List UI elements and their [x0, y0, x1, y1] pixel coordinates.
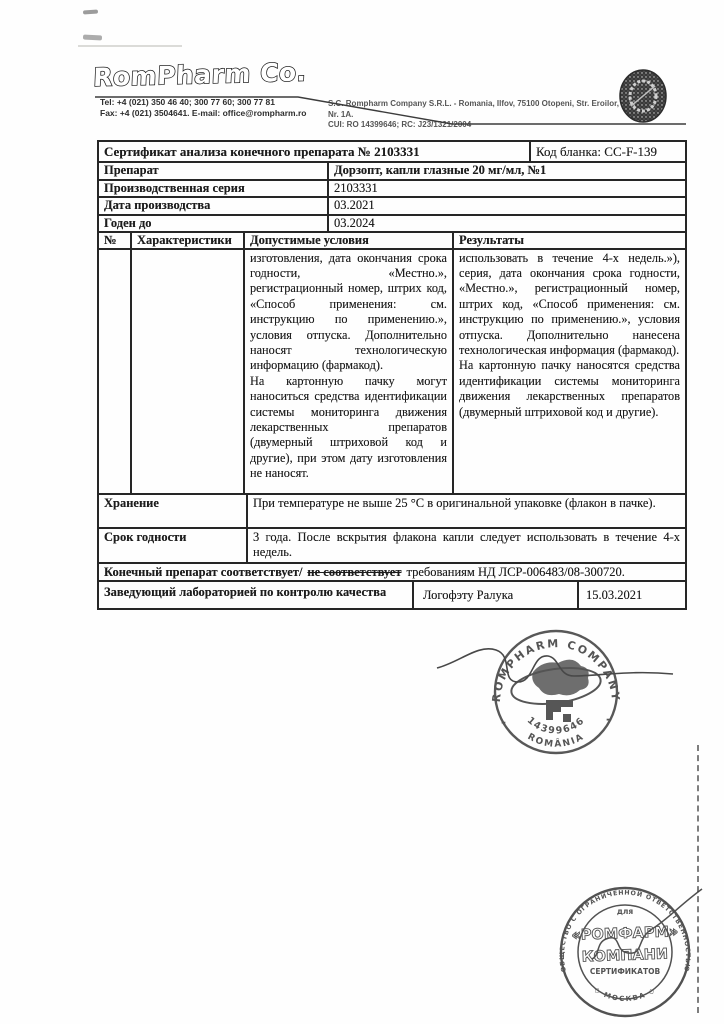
company-round-stamp: ROMPHARM COMPANY 14399646 ROMÂNIA - -: [430, 610, 680, 780]
stamp-number: 14399646: [525, 715, 587, 737]
company-address-line1: S.C. Rompharm Company S.R.L. - Romania, …: [328, 99, 628, 120]
logo-text: RomPharm Co.: [93, 57, 305, 92]
field-label: Производственная серия: [99, 181, 327, 197]
scan-artifact-mark: [83, 9, 98, 14]
shelf-life-row: Срок годности 3 года. После вскрытия фла…: [99, 527, 685, 562]
stamp-separator: -: [606, 712, 611, 726]
field-row-batch: Производственная серия 2103331: [99, 179, 685, 197]
conditions-paragraph: На картонную пачку могут наноситься сред…: [250, 374, 447, 482]
certificate-table: Сертификат анализа конечного препарата №…: [97, 140, 687, 610]
cert-title-row: Сертификат анализа конечного препарата №…: [99, 142, 685, 161]
conclusion-prefix: Конечный препарат соответствует/: [104, 565, 302, 579]
company-address-line2: CUI: RO 14399646; RC: J23/1321/2004: [328, 120, 628, 131]
signoff-name: Логофэту Ралука: [412, 582, 577, 608]
col-results: Результаты: [452, 233, 685, 248]
stamp-house-logo-icon: [509, 660, 603, 722]
results-paragraph: использовать в течение 4-х недель.»), се…: [459, 251, 680, 359]
conditions-cell: изготовления, дата окончания срока годно…: [243, 250, 452, 493]
stamp-center-small-text: для: [617, 907, 634, 916]
conditions-paragraph: изготовления, дата окончания срока годно…: [250, 251, 447, 374]
signoff-label: Заведующий лабораторией по контролю каче…: [99, 582, 412, 608]
stamp-center-line1: «РОМФАРМ»: [571, 924, 678, 944]
conclusion-suffix: требованиям НД ЛСР-006483/08-300720.: [406, 565, 624, 579]
signoff-date: 15.03.2021: [577, 582, 685, 608]
content-row: изготовления, дата окончания срока годно…: [99, 248, 685, 493]
field-row-preparation: Препарат Дорзопт, капли глазные 20 мг/мл…: [99, 161, 685, 179]
storage-label: Хранение: [99, 495, 246, 527]
moscow-round-stamp: ОБЩЕСТВО С ОГРАНИЧЕННОЙ ОТВЕТСТВЕННОСТЬЮ…: [540, 867, 710, 1024]
field-label: Годен до: [99, 216, 327, 232]
results-cell: использовать в течение 4-х недель.»), се…: [452, 250, 685, 493]
company-logo: RomPharm Co.: [90, 56, 305, 98]
columns-header-row: № Характеристики Допустимые условия Резу…: [99, 231, 685, 248]
contact-fax-email: Fax: +4 (021) 3504641. E-mail: office@ro…: [100, 108, 330, 119]
embossed-seal-icon: [617, 68, 673, 128]
stamp-separator: -: [501, 715, 506, 729]
num-cell: [99, 250, 130, 493]
svg-text:14399646: 14399646: [525, 715, 587, 737]
company-address: S.C. Rompharm Company S.R.L. - Romania, …: [328, 99, 628, 131]
col-conditions: Допустимые условия: [243, 233, 452, 248]
svg-text:ROMÂNIA: ROMÂNIA: [526, 732, 587, 750]
storage-value: При температуре не выше 25 °С в оригинал…: [246, 495, 685, 527]
shelf-life-value: 3 года. После вскрытия флакона капли сле…: [246, 529, 685, 562]
stamp-center-line3: СЕРТИФИКАТОВ: [590, 967, 661, 976]
storage-row: Хранение При температуре не выше 25 °С в…: [99, 493, 685, 527]
col-num: №: [99, 233, 130, 248]
svg-text:◇ МОСКВА ◇: ◇ МОСКВА ◇: [593, 986, 657, 1003]
stamp-country: ROMÂNIA: [526, 732, 587, 750]
field-value: 03.2021: [327, 198, 685, 214]
contact-block: Tel: +4 (021) 350 46 40; 300 77 60; 300 …: [100, 97, 330, 119]
certificate-title: Сертификат анализа конечного препарата №…: [99, 142, 529, 161]
conclusion-row: Конечный препарат соответствует/не соотв…: [99, 562, 685, 581]
field-row-expiry: Годен до 03.2024: [99, 214, 685, 232]
conclusion-strikethrough: не соответствует: [307, 565, 401, 579]
blank-code: Код бланка: СС-F-139: [529, 142, 685, 161]
field-row-mfg-date: Дата производства 03.2021: [99, 196, 685, 214]
stamp-ring-bottom-text: ◇ МОСКВА ◇: [593, 986, 657, 1003]
field-label: Дата производства: [99, 198, 327, 214]
contact-tel: Tel: +4 (021) 350 46 40; 300 77 60; 300 …: [100, 97, 330, 108]
scan-artifact-line: [78, 45, 182, 47]
signoff-row: Заведующий лабораторией по контролю каче…: [99, 580, 685, 608]
field-label: Препарат: [99, 163, 327, 179]
field-value: 03.2024: [327, 216, 685, 232]
col-characteristics: Характеристики: [130, 233, 243, 248]
shelf-life-label: Срок годности: [99, 529, 246, 562]
conclusion-text: Конечный препарат соответствует/не соотв…: [99, 564, 685, 581]
results-paragraph: На картонную пачку наносятся средства ид…: [459, 358, 680, 420]
scanned-certificate-page: RomPharm Co. Tel: +4 (021) 350 46 40; 30…: [0, 0, 724, 1024]
characteristics-cell: [130, 250, 243, 493]
scan-artifact-mark: [83, 35, 102, 41]
field-value: Дорзопт, капли глазные 20 мг/мл, №1: [327, 163, 685, 179]
field-value: 2103331: [327, 181, 685, 197]
